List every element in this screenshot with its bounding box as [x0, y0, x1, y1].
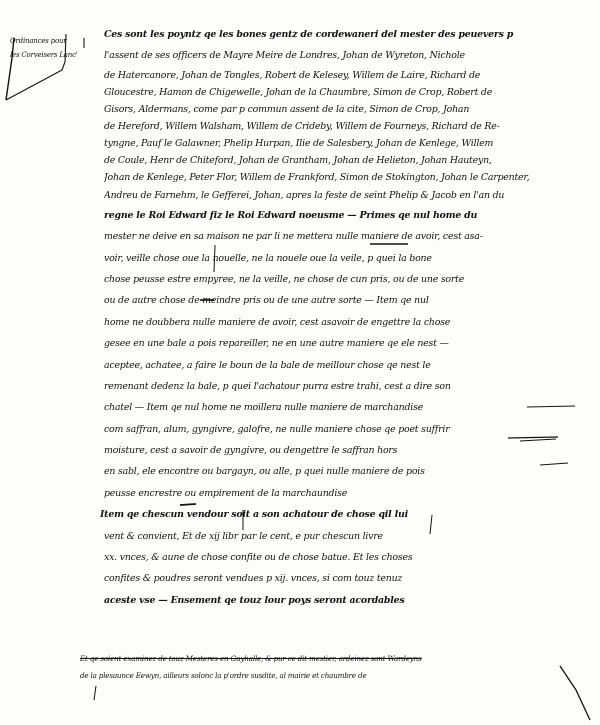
margin-line: les Corveisers Lanc': [10, 48, 102, 62]
text-line: peusse encrestre ou empirement de la mar…: [104, 483, 590, 504]
text-line: mester ne deive en sa maison ne par li n…: [104, 226, 590, 247]
text-line: home ne doubbera nulle maniere de avoir,…: [104, 312, 590, 333]
text-line: confites & poudres seront vendues p xij.…: [104, 568, 590, 589]
text-line: Gloucestre, Hamon de Chigewelle, Johan d…: [104, 84, 590, 101]
text-line: regne le Roi Edward fiz le Roi Edward no…: [104, 205, 590, 226]
text-line: aceste vse — Ensement qe touz lour poys …: [104, 590, 590, 611]
text-line: ou de autre chose de meindre pris ou de …: [104, 290, 590, 311]
text-line: com saffran, alum, gyngivre, galofre, ne…: [104, 419, 590, 440]
text-line: Ces sont les poyntz qe les bones gentz d…: [104, 24, 590, 45]
main-text-block: Ces sont les poyntz qe les bones gentz d…: [104, 24, 590, 611]
text-line: l'assent de ses officers de Mayre Meire …: [104, 45, 590, 66]
text-line: de Hereford, Willem Walsham, Willem de C…: [104, 118, 590, 135]
text-line: vent & convient, Et de xij libr par le c…: [104, 526, 590, 547]
text-line: chatel — Item qe nul home ne moillera nu…: [104, 397, 590, 418]
text-line: aceptee, achatee, a faire le boun de la …: [104, 355, 590, 376]
text-line: moisture, cest a savoir de gyngivre, ou …: [104, 440, 590, 461]
text-line: remenant dedenz la bale, p quei l'achato…: [104, 376, 590, 397]
text-line: voir, veille chose oue la nouelle, ne la…: [104, 248, 590, 269]
text-line: xx. vnces, & aune de chose confite ou de…: [104, 547, 590, 568]
text-line: gesee en une bale a pois repareiller, ne…: [104, 333, 590, 354]
footer-addendum: Et qe soient examinez de touz Mesteres e…: [80, 650, 560, 684]
text-line: Item qe chescun vendour soit a son achat…: [100, 504, 590, 525]
text-line: de Hatercanore, Johan de Tongles, Robert…: [104, 67, 590, 84]
margin-line: Ordinances pour: [10, 34, 102, 48]
text-line: Johan de Kenlege, Peter Flor, Willem de …: [104, 169, 590, 186]
text-line: de Coule, Henr de Chiteford, Johan de Gr…: [104, 152, 590, 169]
text-line: tyngne, Pauf le Galawner, Phelip Hurpan,…: [104, 135, 590, 152]
text-line: Gisors, Aldermans, come par p commun ass…: [104, 101, 590, 118]
margin-annotation: Ordinances pour les Corveisers Lanc': [10, 34, 102, 62]
text-line: en sabl, ele encontre ou bargayn, ou all…: [104, 461, 590, 482]
footer-line: Et qe soient examinez de touz Mesteres e…: [80, 650, 560, 667]
footer-line: de la plesaunce Eewyn, ailleurs solonc l…: [80, 667, 560, 684]
manuscript-page: Ordinances pour les Corveisers Lanc' Ces…: [0, 0, 600, 725]
text-line: Andreu de Farnehm, le Gefferei, Johan, a…: [104, 186, 590, 205]
text-line: chose peusse estre empyree, ne la veille…: [104, 269, 590, 290]
